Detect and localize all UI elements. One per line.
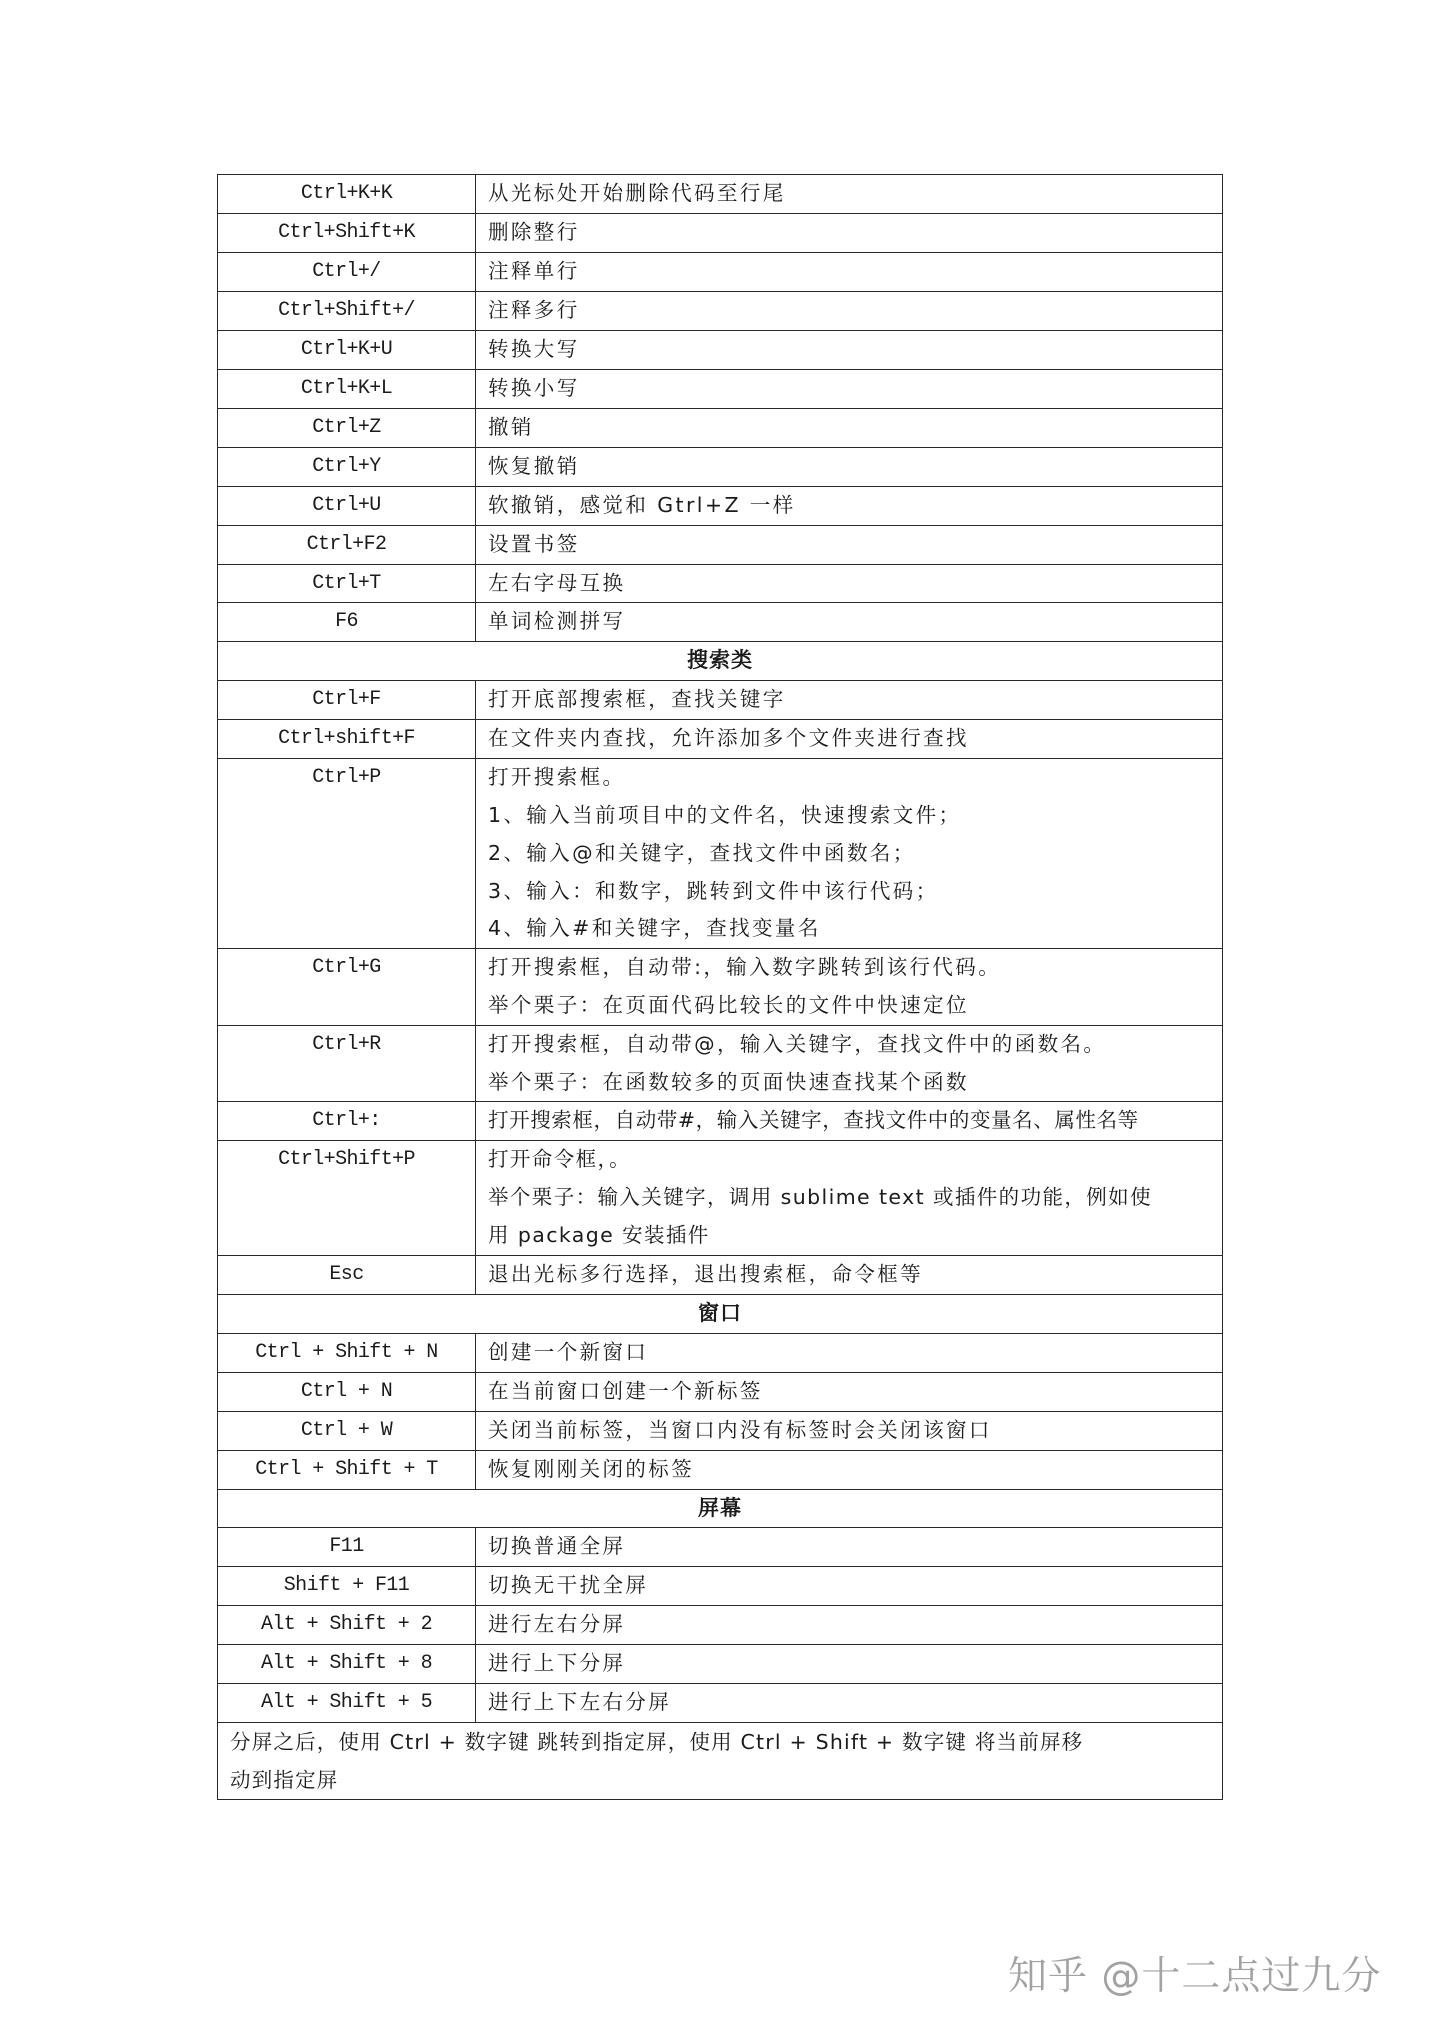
shortcut-key: Ctrl+K+K — [218, 175, 476, 214]
shortcut-key: Ctrl + Shift + N — [218, 1333, 476, 1372]
table-row: Ctrl+K+U 转换大写 — [218, 330, 1223, 369]
shortcut-key: Ctrl+Shift+K — [218, 213, 476, 252]
shortcut-description: 关闭当前标签，当窗口内没有标签时会关闭该窗口 — [476, 1411, 1223, 1450]
table-row: F11 切换普通全屏 — [218, 1528, 1223, 1567]
table-row: Ctrl+F 打开底部搜索框，查找关键字 — [218, 681, 1223, 720]
shortcut-description: 恢复撤销 — [476, 447, 1223, 486]
shortcut-key: Ctrl+: — [218, 1102, 476, 1141]
table-row: Ctrl + Shift + N 创建一个新窗口 — [218, 1333, 1223, 1372]
table-row: Ctrl+P 打开搜索框。 1、输入当前项目中的文件名，快速搜索文件； 2、输入… — [218, 759, 1223, 949]
shortcut-description: 退出光标多行选择，退出搜索框，命令框等 — [476, 1255, 1223, 1294]
shortcut-description: 软撤销，感觉和 Gtrl+Z 一样 — [476, 486, 1223, 525]
table-row: Ctrl+F2 设置书签 — [218, 525, 1223, 564]
table-row: Ctrl+: 打开搜索框，自动带#，输入关键字，查找文件中的变量名、属性名等 — [218, 1102, 1223, 1141]
table-row: Ctrl+R 打开搜索框，自动带@，输入关键字，查找文件中的函数名。 举个栗子：… — [218, 1025, 1223, 1102]
shortcut-description: 进行上下左右分屏 — [476, 1684, 1223, 1723]
shortcut-description: 切换普通全屏 — [476, 1528, 1223, 1567]
shortcut-table: Ctrl+K+K 从光标处开始删除代码至行尾 Ctrl+Shift+K 删除整行… — [217, 174, 1223, 1800]
shortcut-description: 创建一个新窗口 — [476, 1333, 1223, 1372]
table-row: F6 单词检测拼写 — [218, 603, 1223, 642]
shortcut-key: Alt + Shift + 2 — [218, 1606, 476, 1645]
footer-note-row: 分屏之后，使用 Ctrl + 数字键 跳转到指定屏，使用 Ctrl + Shif… — [218, 1723, 1223, 1800]
table-row: Alt + Shift + 2 进行左右分屏 — [218, 1606, 1223, 1645]
shortcut-key: Ctrl+/ — [218, 252, 476, 291]
shortcut-description: 删除整行 — [476, 213, 1223, 252]
shortcut-description: 打开搜索框，自动带@，输入关键字，查找文件中的函数名。 举个栗子：在函数较多的页… — [476, 1025, 1223, 1102]
table-row: Ctrl + W 关闭当前标签，当窗口内没有标签时会关闭该窗口 — [218, 1411, 1223, 1450]
table-row: Ctrl+T 左右字母互换 — [218, 564, 1223, 603]
shortcut-key: Ctrl+F — [218, 681, 476, 720]
section-title-search: 搜索类 — [218, 642, 1223, 681]
footer-note: 分屏之后，使用 Ctrl + 数字键 跳转到指定屏，使用 Ctrl + Shif… — [218, 1723, 1223, 1800]
table-row: Ctrl+K+K 从光标处开始删除代码至行尾 — [218, 175, 1223, 214]
shortcut-key: Ctrl + W — [218, 1411, 476, 1450]
shortcut-description: 转换大写 — [476, 330, 1223, 369]
shortcut-key: Alt + Shift + 5 — [218, 1684, 476, 1723]
shortcut-key: Ctrl + Shift + T — [218, 1450, 476, 1489]
shortcut-description: 恢复刚刚关闭的标签 — [476, 1450, 1223, 1489]
shortcut-key: F11 — [218, 1528, 476, 1567]
shortcut-key: Ctrl+shift+F — [218, 720, 476, 759]
shortcut-key: Alt + Shift + 8 — [218, 1645, 476, 1684]
shortcut-description: 切换无干扰全屏 — [476, 1567, 1223, 1606]
shortcut-key: Ctrl+U — [218, 486, 476, 525]
table-row: Ctrl+Y 恢复撤销 — [218, 447, 1223, 486]
shortcut-description: 在当前窗口创建一个新标签 — [476, 1372, 1223, 1411]
section-header-row: 搜索类 — [218, 642, 1223, 681]
shortcut-description: 打开搜索框，自动带:，输入数字跳转到该行代码。 举个栗子：在页面代码比较长的文件… — [476, 949, 1223, 1026]
section-title-window: 窗口 — [218, 1294, 1223, 1333]
shortcut-key: Ctrl+Y — [218, 447, 476, 486]
shortcut-description: 转换小写 — [476, 369, 1223, 408]
shortcut-description: 打开搜索框，自动带#，输入关键字，查找文件中的变量名、属性名等 — [476, 1102, 1223, 1141]
shortcut-description: 打开命令框，。 举个栗子：输入关键字，调用 sublime text 或插件的功… — [476, 1141, 1223, 1255]
table-row: Ctrl+G 打开搜索框，自动带:，输入数字跳转到该行代码。 举个栗子：在页面代… — [218, 949, 1223, 1026]
shortcut-key: Ctrl+Shift+/ — [218, 291, 476, 330]
table-row: Ctrl+Shift+/ 注释多行 — [218, 291, 1223, 330]
table-row: Ctrl+Z 撤销 — [218, 408, 1223, 447]
shortcut-key: Ctrl+G — [218, 949, 476, 1026]
table-row: Ctrl+/ 注释单行 — [218, 252, 1223, 291]
shortcut-key: Esc — [218, 1255, 476, 1294]
shortcut-description: 左右字母互换 — [476, 564, 1223, 603]
shortcut-key: Ctrl+P — [218, 759, 476, 949]
shortcut-key: Ctrl+T — [218, 564, 476, 603]
shortcut-key: Ctrl + N — [218, 1372, 476, 1411]
table-row: Alt + Shift + 5 进行上下左右分屏 — [218, 1684, 1223, 1723]
section-header-row: 窗口 — [218, 1294, 1223, 1333]
shortcut-description: 从光标处开始删除代码至行尾 — [476, 175, 1223, 214]
table-row: Alt + Shift + 8 进行上下分屏 — [218, 1645, 1223, 1684]
table-row: Ctrl + Shift + T 恢复刚刚关闭的标签 — [218, 1450, 1223, 1489]
table-row: Ctrl+U 软撤销，感觉和 Gtrl+Z 一样 — [218, 486, 1223, 525]
shortcut-key: F6 — [218, 603, 476, 642]
shortcut-description: 进行上下分屏 — [476, 1645, 1223, 1684]
shortcut-description: 打开搜索框。 1、输入当前项目中的文件名，快速搜索文件； 2、输入@和关键字，查… — [476, 759, 1223, 949]
table-row: Ctrl + N 在当前窗口创建一个新标签 — [218, 1372, 1223, 1411]
table-row: Ctrl+Shift+K 删除整行 — [218, 213, 1223, 252]
table-row: Esc 退出光标多行选择，退出搜索框，命令框等 — [218, 1255, 1223, 1294]
shortcut-description: 设置书签 — [476, 525, 1223, 564]
shortcut-key: Ctrl+R — [218, 1025, 476, 1102]
section-title-screen: 屏幕 — [218, 1489, 1223, 1528]
table-row: Ctrl+shift+F 在文件夹内查找，允许添加多个文件夹进行查找 — [218, 720, 1223, 759]
shortcut-description: 注释单行 — [476, 252, 1223, 291]
table-row: Shift + F11 切换无干扰全屏 — [218, 1567, 1223, 1606]
shortcut-description: 单词检测拼写 — [476, 603, 1223, 642]
shortcut-key: Ctrl+K+U — [218, 330, 476, 369]
shortcut-key: Ctrl+Shift+P — [218, 1141, 476, 1255]
section-header-row: 屏幕 — [218, 1489, 1223, 1528]
table-row: Ctrl+K+L 转换小写 — [218, 369, 1223, 408]
table-row: Ctrl+Shift+P 打开命令框，。 举个栗子：输入关键字，调用 subli… — [218, 1141, 1223, 1255]
shortcut-description: 进行左右分屏 — [476, 1606, 1223, 1645]
shortcut-description: 注释多行 — [476, 291, 1223, 330]
shortcut-key: Ctrl+F2 — [218, 525, 476, 564]
shortcut-description: 撤销 — [476, 408, 1223, 447]
shortcut-description: 在文件夹内查找，允许添加多个文件夹进行查找 — [476, 720, 1223, 759]
shortcut-key: Ctrl+Z — [218, 408, 476, 447]
shortcut-key: Ctrl+K+L — [218, 369, 476, 408]
shortcut-key: Shift + F11 — [218, 1567, 476, 1606]
watermark: 知乎 @十二点过九分 — [1008, 1950, 1381, 2004]
shortcut-description: 打开底部搜索框，查找关键字 — [476, 681, 1223, 720]
document-page: Ctrl+K+K 从光标处开始删除代码至行尾 Ctrl+Shift+K 删除整行… — [0, 0, 1440, 2036]
